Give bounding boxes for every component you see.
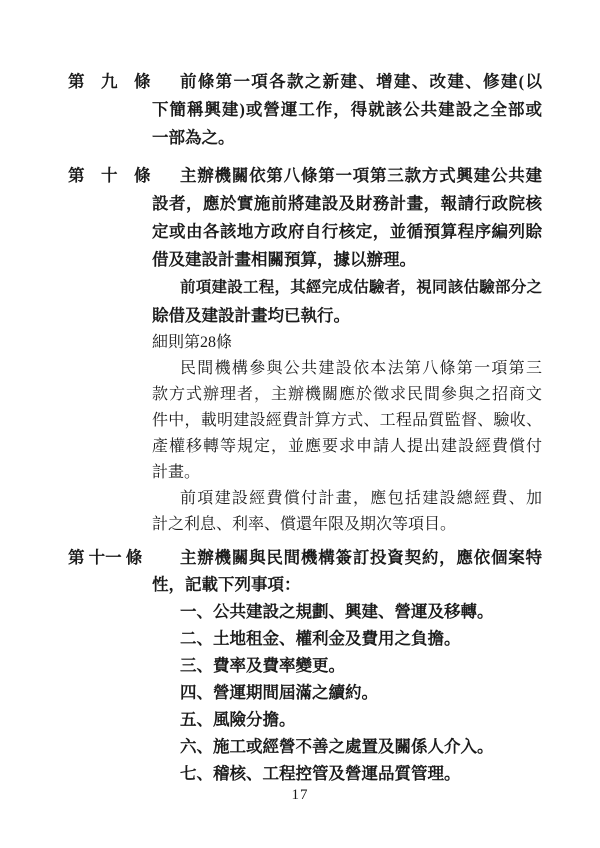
article-10-para-1-line-1: 主辦機關依第八條第一項第三款方式興建公共建 [152, 162, 542, 190]
article-10: 第 十 條 主辦機關依第八條第一項第三款方式興建公共建 設者，應於實施前將建設及… [152, 162, 542, 330]
article-11-item-3: 三、費率及費率變更。 [152, 652, 542, 679]
detail-rule-28: 細則第28條 民間機構參與公共建設依本法第八條第一項第三 款方式辦理者，主辦機關… [152, 330, 542, 538]
article-11-para-1-line-1: 主辦機關與民間機構簽訂投資契約，應依個案特 [152, 544, 542, 571]
detail-rule-28-para-1-line-1: 民間機構參與公共建設依本法第八條第一項第三 [152, 356, 542, 382]
detail-rule-28-para-1-line-3: 件中，載明建設經費計算方式、工程品質監督、驗收、 [152, 408, 542, 434]
document-page: 第 九 條 前條第一項各款之新建、增建、改建、修建(以 下簡稱興建)或營運工作，… [0, 0, 600, 848]
article-10-number: 第 十 條 [68, 162, 151, 186]
detail-rule-28-para-2-line-2: 計之利息、利率、償還年限及期次等項目。 [152, 512, 542, 538]
article-11-item-1: 一、公共建設之規劃、興建、營運及移轉。 [152, 598, 542, 625]
article-9-line-1: 前條第一項各款之新建、增建、改建、修建(以 [152, 68, 542, 96]
article-11-item-2: 二、土地租金、權利金及費用之負擔。 [152, 625, 542, 652]
article-10-para-1-line-2: 設者，應於實施前將建設及財務計畫，報請行政院核 [152, 190, 542, 218]
article-11-number: 第 十一 條 [68, 544, 142, 568]
article-10-para-2-line-2: 賒借及建設計畫均已執行。 [152, 302, 542, 330]
article-9-line-2: 下簡稱興建)或營運工作，得就該公共建設之全部或 [152, 96, 542, 124]
detail-rule-28-para-2-line-1: 前項建設經費償付計畫，應包括建設總經費、加 [152, 486, 542, 512]
page-number: 17 [0, 785, 600, 805]
article-11-item-7: 七、稽核、工程控管及營運品質管理。 [152, 760, 542, 787]
article-10-para-2-line-1: 前項建設工程，其經完成估驗者，視同該估驗部分之 [152, 274, 542, 302]
article-9-line-3: 一部為之。 [152, 124, 542, 152]
article-11: 第 十一 條 主辦機關與民間機構簽訂投資契約，應依個案特 性，記載下列事項： 一… [152, 544, 542, 787]
detail-rule-28-para-1-line-2: 款方式辦理者，主辦機關應於徵求民間參與之招商文 [152, 382, 542, 408]
article-9-number: 第 九 條 [68, 68, 151, 92]
article-9: 第 九 條 前條第一項各款之新建、增建、改建、修建(以 下簡稱興建)或營運工作，… [152, 68, 542, 152]
article-10-para-1-line-3: 定或由各該地方政府自行核定，並循預算程序編列賒 [152, 218, 542, 246]
detail-rule-28-para-1-line-4: 產權移轉等規定，並應要求申請人提出建設經費償付 [152, 434, 542, 460]
detail-rule-28-heading: 細則第28條 [152, 330, 542, 356]
detail-rule-28-para-1-line-5: 計畫。 [152, 460, 542, 486]
article-11-para-1-line-2: 性，記載下列事項： [152, 571, 542, 598]
article-11-item-4: 四、營運期間屆滿之續約。 [152, 679, 542, 706]
article-10-para-1-line-4: 借及建設計畫相關預算，據以辦理。 [152, 246, 542, 274]
article-11-item-5: 五、風險分擔。 [152, 706, 542, 733]
article-11-item-6: 六、施工或經營不善之處置及關係人介入。 [152, 733, 542, 760]
